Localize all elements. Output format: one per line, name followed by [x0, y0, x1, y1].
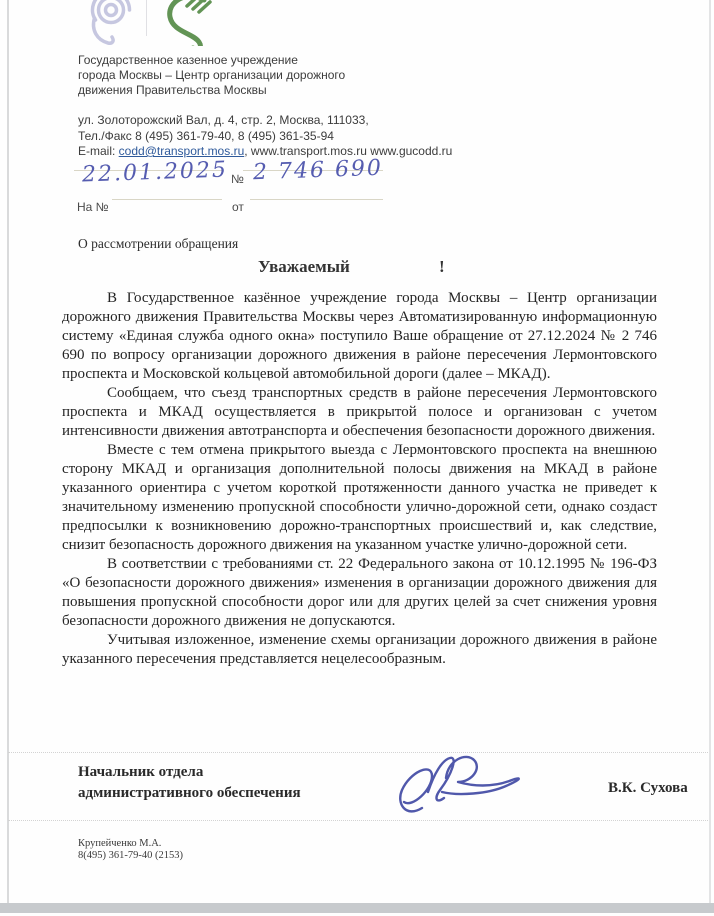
- scanned-letter-page: Государственное казенное учреждение горо…: [0, 0, 714, 916]
- codd-logo-icon: [160, 0, 218, 46]
- signer-position-line: Начальник отдела: [78, 762, 301, 783]
- executor-name: Крупейченко М.А.: [78, 838, 183, 850]
- scan-edge-bottom: [0, 903, 714, 913]
- body-paragraph: Сообщаем, что съезд транспортных средств…: [62, 384, 657, 441]
- handwritten-signature: [388, 748, 538, 820]
- handwritten-number: 2 746 690: [253, 156, 384, 186]
- letter-body: В Государственное казённое учреждение го…: [62, 289, 657, 669]
- address-line: Тел./Факс 8 (495) 361-79-40, 8 (495) 361…: [78, 129, 452, 145]
- address-line: ул. Золоторожский Вал, д. 4, стр. 2, Мос…: [78, 113, 452, 129]
- subject-line: О рассмотрении обращения: [78, 236, 238, 252]
- reply-number-underline: [112, 199, 222, 200]
- salutation-exclamation: !: [439, 257, 445, 277]
- reply-date-underline: [250, 199, 383, 200]
- signer-position-line: административного обеспечения: [78, 783, 301, 804]
- org-name-line: Государственное казенное учреждение: [78, 53, 345, 68]
- reply-to-label: На №: [77, 200, 109, 214]
- scan-fold-line: [8, 752, 708, 753]
- signer-name: В.К. Сухова: [608, 780, 688, 797]
- salutation-word: Уважаемый: [258, 257, 350, 277]
- moscow-transport-logo-icon: [82, 0, 140, 46]
- org-name: Государственное казенное учреждение горо…: [78, 53, 345, 98]
- email-label: E-mail:: [78, 144, 119, 158]
- body-paragraph: В Государственное казённое учреждение го…: [62, 289, 657, 384]
- body-paragraph: Учитывая изложенное, изменение схемы орг…: [62, 631, 657, 669]
- signer-position: Начальник отдела административного обесп…: [78, 762, 301, 804]
- address-line-email: E-mail: codd@transport.mos.ru, www.trans…: [78, 144, 452, 160]
- executor-block: Крупейченко М.А. 8(495) 361-79-40 (2153): [78, 838, 183, 862]
- email-link[interactable]: codd@transport.mos.ru: [119, 144, 245, 158]
- scan-edge-left: [7, 0, 9, 904]
- org-name-line: движения Правительства Москвы: [78, 83, 345, 98]
- body-paragraph: Вместе с тем отмена прикрытого выезда с …: [62, 441, 657, 555]
- executor-phone: 8(495) 361-79-40 (2153): [78, 850, 183, 862]
- number-label: №: [231, 172, 244, 186]
- address-block: ул. Золоторожский Вал, д. 4, стр. 2, Мос…: [78, 113, 452, 160]
- org-name-line: города Москвы – Центр организации дорожн…: [78, 68, 345, 83]
- scan-edge-right: [709, 0, 711, 904]
- handwritten-date: 22.01.2025: [82, 157, 229, 187]
- logo-divider: [146, 0, 147, 36]
- letterhead-logos: [80, 0, 220, 46]
- body-paragraph: В соответствии с требованиями ст. 22 Фед…: [62, 555, 657, 631]
- scan-fold-line: [8, 820, 708, 821]
- email-suffix: , www.transport.mos.ru www.gucodd.ru: [244, 144, 452, 158]
- reply-from-label: от: [232, 200, 244, 214]
